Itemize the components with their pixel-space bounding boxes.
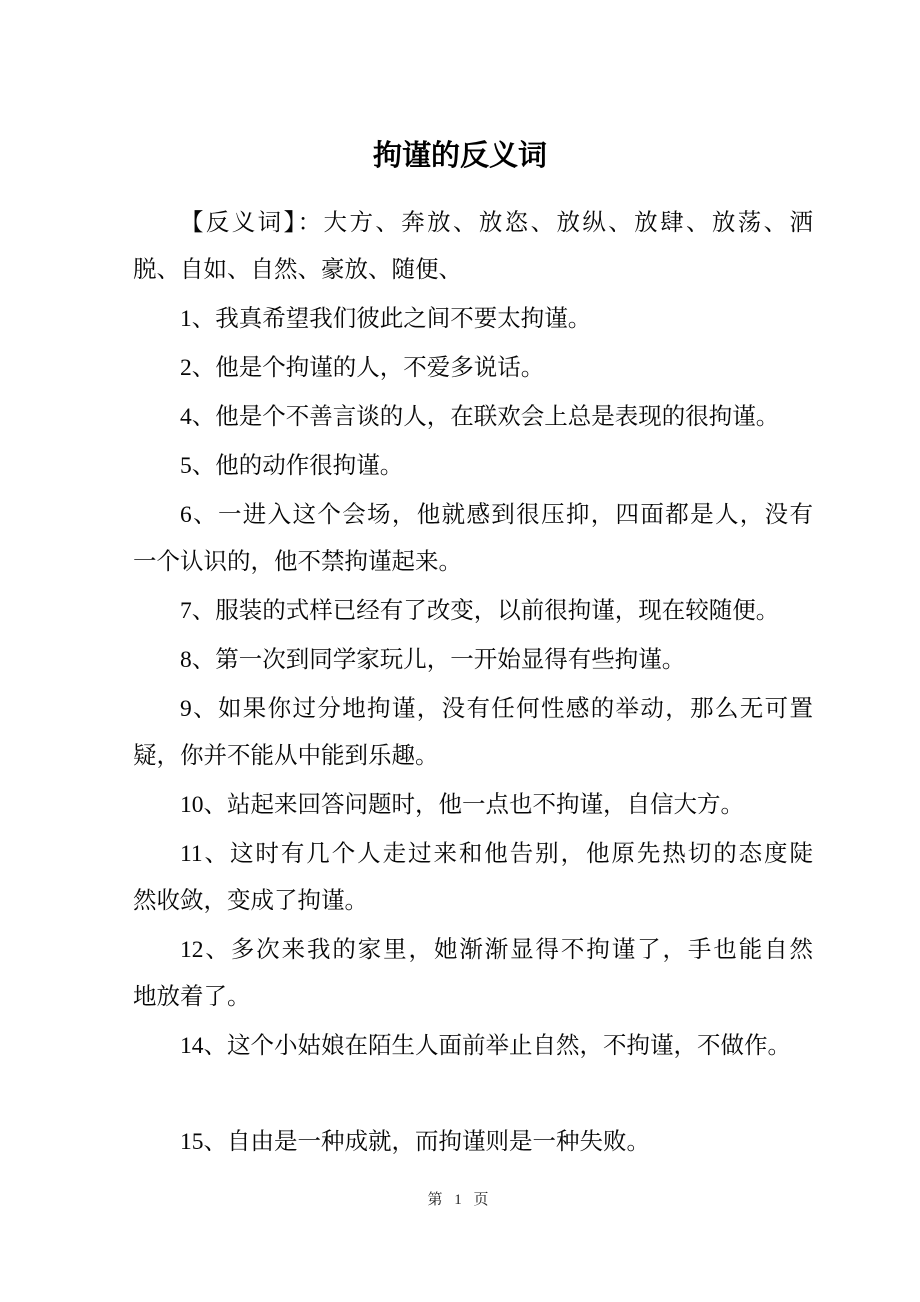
paragraph-line: 8、第一次到同学家玩儿，一开始显得有些拘谨。 [133, 637, 813, 684]
sentence-item-4: 4、他是个不善言谈的人，在联欢会上总是表现的很拘谨。 [133, 394, 813, 441]
sentence-item-1: 1、我真希望我们彼此之间不要太拘谨。 [133, 296, 813, 343]
paragraph-line: 6、一进入这个会场，他就感到很压抑，四面都是人，没有 [133, 492, 813, 539]
sentence-item-9: 9、如果你过分地拘谨，没有任何性感的举动，那么无可置 疑，你并不能从中能到乐趣。 [133, 686, 813, 780]
paragraph-line: 7、服装的式样已经有了改变，以前很拘谨，现在较随便。 [133, 588, 813, 635]
paragraph-line: 15、自由是一种成就，而拘谨则是一种失败。 [133, 1119, 813, 1166]
sentence-item-7: 7、服装的式样已经有了改变，以前很拘谨，现在较随便。 [133, 588, 813, 635]
sentence-item-8: 8、第一次到同学家玩儿，一开始显得有些拘谨。 [133, 637, 813, 684]
sentence-item-12: 12、多次来我的家里，她渐渐显得不拘谨了，手也能自然 地放着了。 [133, 927, 813, 1021]
paragraph-line: 10、站起来回答问题时，他一点也不拘谨，自信大方。 [133, 782, 813, 829]
sentence-item-10: 10、站起来回答问题时，他一点也不拘谨，自信大方。 [133, 782, 813, 829]
paragraph-line: 【反义词】：大方、奔放、放恣、放纵、放肆、放荡、洒 [133, 200, 813, 247]
paragraph-line: 脱、自如、自然、豪放、随便、 [133, 247, 813, 294]
sentence-item-6: 6、一进入这个会场，他就感到很压抑，四面都是人，没有 一个认识的，他不禁拘谨起来… [133, 492, 813, 586]
sentence-item-11: 11、这时有几个人走过来和他告别，他原先热切的态度陡 然收敛，变成了拘谨。 [133, 831, 813, 925]
page-title: 拘谨的反义词 [0, 0, 920, 174]
document-body: 【反义词】：大方、奔放、放恣、放纵、放肆、放荡、洒 脱、自如、自然、豪放、随便、… [133, 200, 813, 1166]
paragraph-line: 4、他是个不善言谈的人，在联欢会上总是表现的很拘谨。 [133, 394, 813, 441]
empty-paragraph [133, 1072, 813, 1119]
paragraph-line: 9、如果你过分地拘谨，没有任何性感的举动，那么无可置 [133, 686, 813, 733]
sentence-item-14: 14、这个小姑娘在陌生人面前举止自然，不拘谨，不做作。 [133, 1023, 813, 1070]
sentence-item-15: 15、自由是一种成就，而拘谨则是一种失败。 [133, 1119, 813, 1166]
paragraph-line: 一个认识的，他不禁拘谨起来。 [133, 539, 813, 586]
paragraph-line: 地放着了。 [133, 974, 813, 1021]
paragraph-line: 12、多次来我的家里，她渐渐显得不拘谨了，手也能自然 [133, 927, 813, 974]
paragraph-line: 然收敛，变成了拘谨。 [133, 878, 813, 925]
sentence-item-5: 5、他的动作很拘谨。 [133, 443, 813, 490]
paragraph-line: 疑，你并不能从中能到乐趣。 [133, 733, 813, 780]
sentence-item-2: 2、他是个拘谨的人，不爱多说话。 [133, 345, 813, 392]
paragraph-line: 1、我真希望我们彼此之间不要太拘谨。 [133, 296, 813, 343]
page-number-footer: 第 1 页 [0, 1188, 920, 1209]
paragraph-line: 5、他的动作很拘谨。 [133, 443, 813, 490]
antonyms-paragraph: 【反义词】：大方、奔放、放恣、放纵、放肆、放荡、洒 脱、自如、自然、豪放、随便、 [133, 200, 813, 294]
paragraph-line: 11、这时有几个人走过来和他告别，他原先热切的态度陡 [133, 831, 813, 878]
document-page: 拘谨的反义词 【反义词】：大方、奔放、放恣、放纵、放肆、放荡、洒 脱、自如、自然… [0, 0, 920, 1302]
paragraph-line: 2、他是个拘谨的人，不爱多说话。 [133, 345, 813, 392]
paragraph-line: 14、这个小姑娘在陌生人面前举止自然，不拘谨，不做作。 [133, 1023, 813, 1070]
